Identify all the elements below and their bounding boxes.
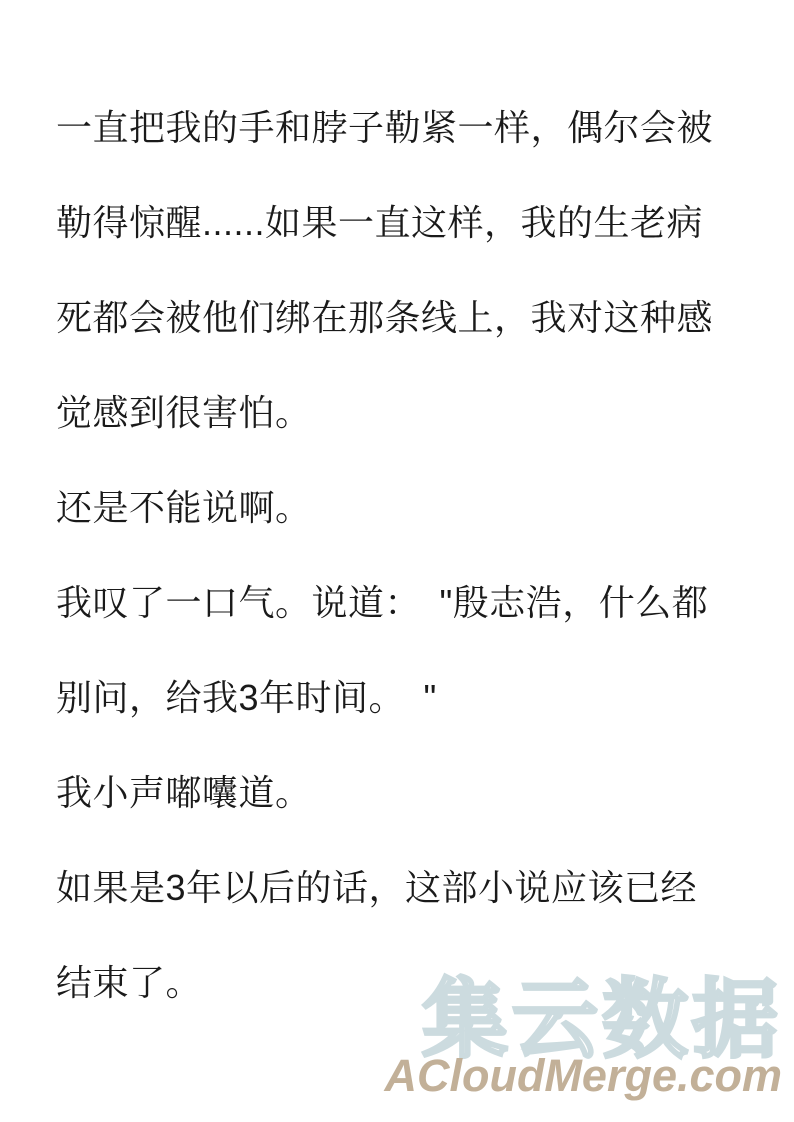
text-line: 我小声嘟囔道。 [56,745,774,840]
text-line: 结束了。 [56,935,774,1030]
text-line: 我叹了一口气。说道： "殷志浩，什么都 [56,555,774,650]
text-line: 如果是3年以后的话，这部小说应该已经 [56,840,774,935]
text-line: 死都会被他们绑在那条线上，我对这种感 [56,270,774,365]
text-line: 觉感到很害怕。 [56,365,774,460]
text-block: 一直把我的手和脖子勒紧一样，偶尔会被 勒得惊醒......如果一直这样，我的生老… [56,80,774,1030]
document-page: 一直把我的手和脖子勒紧一样，偶尔会被 勒得惊醒......如果一直这样，我的生老… [0,0,794,1122]
text-line: 别问，给我3年时间。 " [56,650,774,745]
text-line: 一直把我的手和脖子勒紧一样，偶尔会被 [56,80,774,175]
text-line: 还是不能说啊。 [56,460,774,555]
text-line: 勒得惊醒......如果一直这样，我的生老病 [56,175,774,270]
watermark-url: ACloudMerge.com [384,1052,782,1100]
